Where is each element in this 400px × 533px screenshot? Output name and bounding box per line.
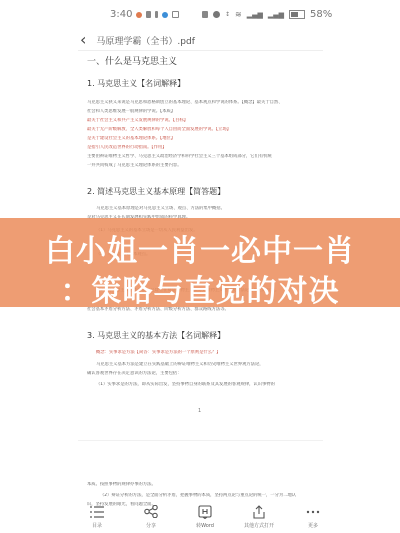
toolbar-label: 更多 [308,522,318,529]
signal-icon-1: ▂▄▆ [247,11,263,19]
section-3-line: 本质。按照事物的规律办事的方法。 [87,482,315,488]
banner-line-2: ：策略与直觉的对决 [0,266,400,310]
signal-icon-2: ▂▄▆ [268,11,284,19]
wifi-icon: ≋ [235,10,242,19]
section-1-line: 是指引人民改造世界的行动指南。【作用】 [87,145,315,151]
section-3-line: 概念：实事求是方法【简答：实事求是方法的一个原则是什么？】 [96,350,324,356]
page-number: 1 [198,408,201,414]
toolbar-open-with-button[interactable]: 其他方式打开 [232,505,286,533]
export-icon [252,505,266,518]
app-icon [162,12,168,18]
toolbar-label: 分享 [146,522,156,529]
section-1-title: 1. 马克思主义【名词解释】 [87,78,185,89]
header-divider [78,50,323,51]
section-3-line: 马克思主义基本方法是建立在实践基础上的辩证唯物主义和历史唯物主义世界观方法论， [96,362,324,368]
toolbar-share-button[interactable]: 分享 [124,505,178,533]
overlay-banner: 白小姐一肖一必中一肖 ：策略与直觉的对决 [0,218,400,307]
section-1-line: 社会和人类思维发展一般规律的学说。【本质】 [87,109,315,115]
document-header: ‹ 马原理学霸（全书）.pdf [80,30,325,50]
list-icon [90,505,104,518]
section-3-line: （1）实事求是的方法，即从实际出发，坚持事物自身的联系及其发展的客观规律，认识事… [96,382,324,388]
status-left: 3:40 [110,9,179,20]
section-3-title: 3. 马克思主义的基本方法【名词解释】 [87,330,225,341]
toolbar-word-button[interactable]: 转Word [178,505,232,533]
speed-icon: ↕ [225,11,230,18]
status-bar: 3:40 ↕ ≋ ▂▄▆ ▂▄▆ 58% [0,0,400,30]
notification-icon [136,12,142,18]
section-1-line: 一并共同构成了马克思主义理论体系的主要内容。 [87,163,315,169]
image-icon [172,11,179,18]
toolbar-label: 其他方式打开 [244,522,274,529]
status-right: ↕ ≋ ▂▄▆ ▂▄▆ 58% [202,9,332,20]
section-3-line: 确认客观世界存在决定意识的方法论，主要包括： [87,371,315,377]
document-title: 马原理学霸（全书）.pdf [96,34,194,47]
lock-icon [155,11,158,18]
battery-icon [289,10,305,19]
banner-line-1: 白小姐一肖一必中一肖 [0,226,400,270]
toolbar-label: 目录 [92,522,102,529]
bottom-toolbar: 目录 分享 转Word 其他方式打开 更多 [70,505,340,533]
section-2-line: 马克思主义基本原理是对马克思主义立场、观点、方法的集中概括。 [96,206,324,212]
toolbar-more-button[interactable]: 更多 [286,505,340,533]
section-1-line: 最关于社会主义和共产主义发展规律的学说。【目标】 [87,118,315,124]
section-1-line: 主要由辩证唯物主义哲学、马克思主义政治经济学和科学社会主义三个基本组成部分，它们… [87,154,315,160]
status-time: 3:40 [110,9,132,20]
word-icon [198,505,212,518]
section-2-title: 2. 简述马克思主义基本原理【简答题】 [87,186,225,197]
section-1-line: 是关于建设社会主义的基本理论体系。【地位】 [87,136,315,142]
alarm-icon [213,11,220,18]
more-icon [306,505,320,518]
heading-1: 一、什么是马克思主义 [87,54,177,67]
share-icon [144,505,158,518]
page-separator [78,440,323,441]
hourglass-icon [146,11,151,18]
section-1-line: 马克思主义狭义来说是马克思和恩格斯创立的基本理论、基本观点和学说的体系。【概念】… [87,100,315,106]
toolbar-label: 转Word [196,522,214,529]
toolbar-catalog-button[interactable]: 目录 [70,505,124,533]
back-button[interactable]: ‹ [80,32,86,48]
section-1-line: 最关于无产阶级解放、全人类解放和每个人自由而全面发展的学说。【立场】 [87,127,315,133]
section-3-line: （2）辩证分析的方法，是全面分析矛盾，把握事物的本质，坚持两点论与重点论的统一，… [100,493,328,499]
battery-level: 58% [310,9,332,20]
nfc-icon [202,11,208,18]
